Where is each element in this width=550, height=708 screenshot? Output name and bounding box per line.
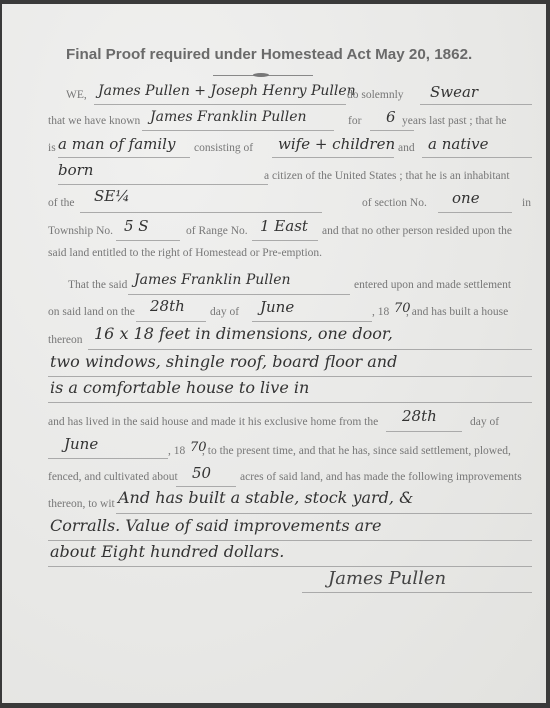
lower-section [0,0,550,708]
